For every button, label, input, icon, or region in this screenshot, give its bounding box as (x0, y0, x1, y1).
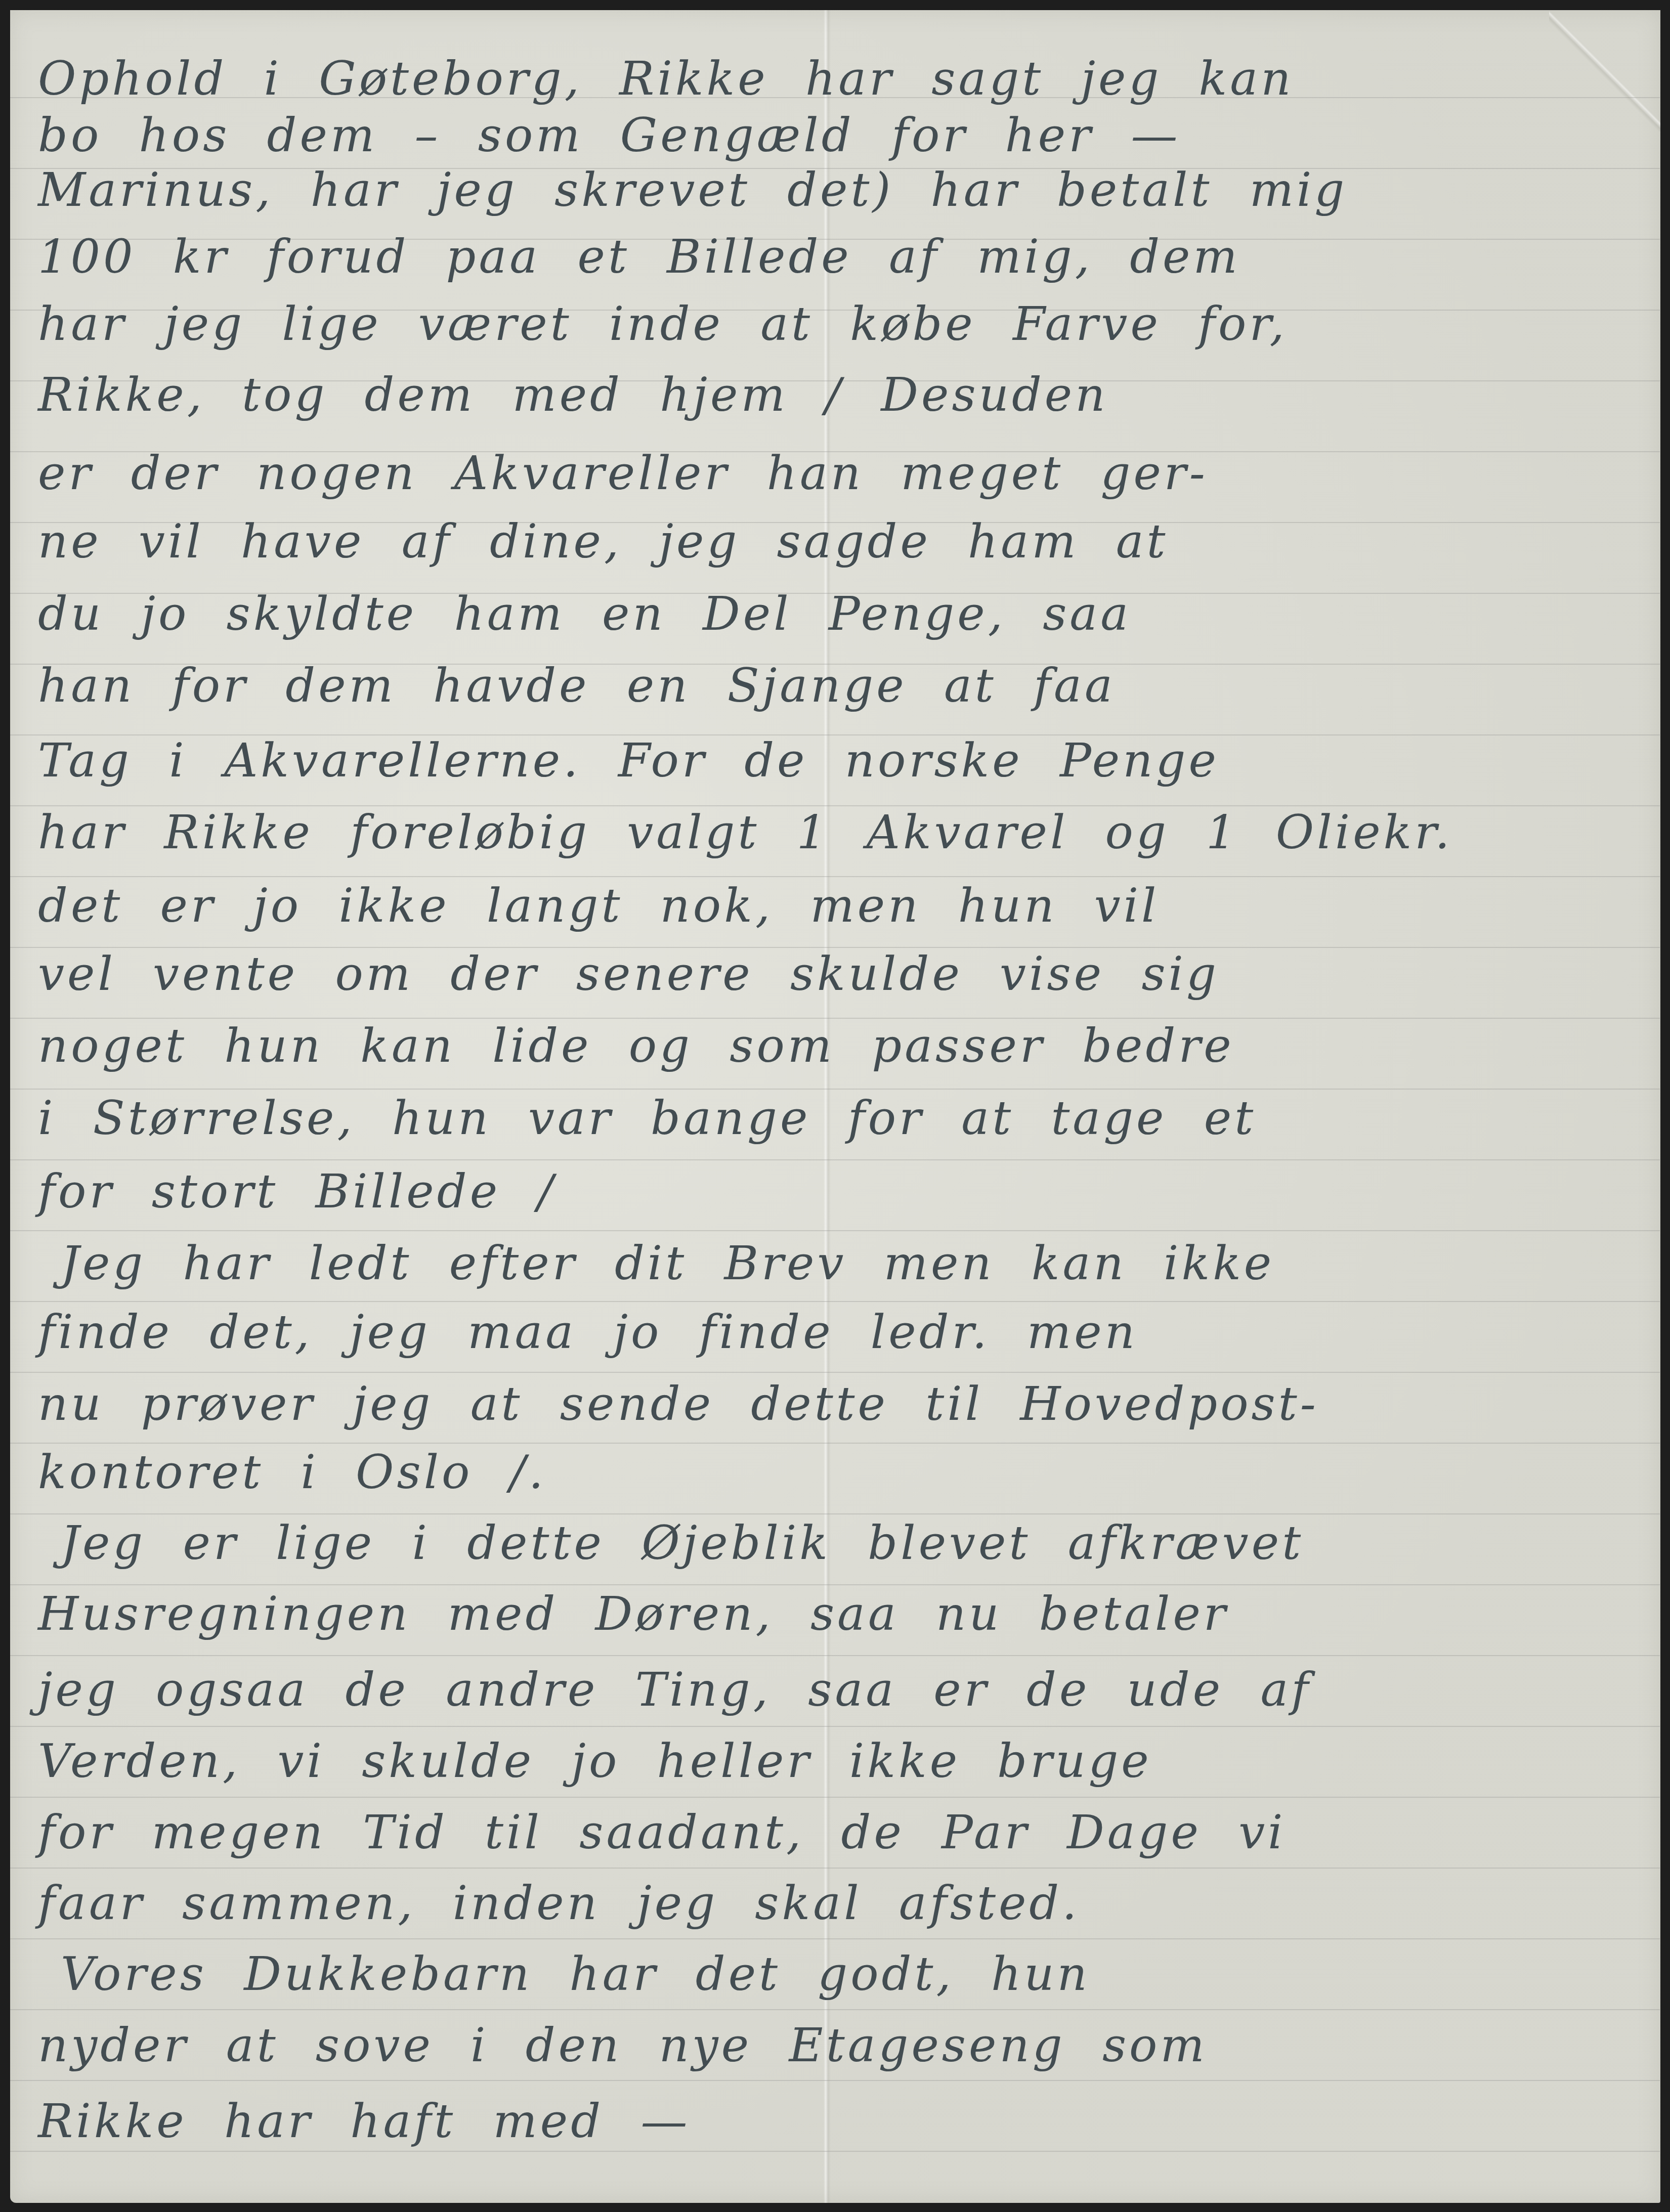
letter-line-28: Vores Dukkebarn har det godt, hun (61, 1951, 1090, 1998)
letter-line-11: Tag i Akvarellerne. For de norske Penge (38, 738, 1219, 784)
letter-line-7: er der nogen Akvareller han meget ger- (38, 450, 1208, 497)
ruled-line (10, 1301, 1660, 1302)
letter-line-27: faar sammen, inden jeg skal afsted. (38, 1880, 1080, 1927)
letter-line-21: kontoret i Oslo /. (38, 1449, 546, 1496)
letter-line-23: Husregningen med Døren, saa nu betaler (38, 1591, 1229, 1637)
letter-line-16: i Størrelse, hun var bange for at tage e… (38, 1095, 1256, 1142)
letter-line-1: Ophold i Gøteborg, Rikke har sagt jeg ka… (38, 56, 1294, 102)
ruled-line (10, 1655, 1660, 1656)
letter-line-25: Verden, vi skulde jo heller ikke bruge (38, 1738, 1152, 1785)
letter-line-12: har Rikke foreløbig valgt 1 Akvarel og 1… (38, 809, 1452, 856)
letter-line-9: du jo skyldte ham en Del Penge, saa (38, 591, 1131, 637)
ruled-line (10, 1230, 1660, 1231)
ruled-line (10, 1938, 1660, 1939)
ruled-line (10, 1584, 1660, 1585)
letter-line-22: Jeg er lige i dette Øjeblik blevet afkræ… (61, 1520, 1304, 1567)
letter-line-24: jeg ogsaa de andre Ting, saa er de ude a… (38, 1667, 1311, 1713)
ruled-line (10, 1443, 1660, 1444)
letter-line-8: ne vil have af dine, jeg sagde ham at (38, 518, 1168, 565)
ruled-line (10, 2080, 1660, 2081)
ruled-line (10, 2009, 1660, 2010)
letter-line-10: han for dem havde en Sjange at faa (38, 663, 1116, 709)
letter-line-4: 100 kr forud paa et Billede af mig, dem (38, 234, 1240, 280)
ruled-line (10, 1372, 1660, 1373)
letter-line-6: Rikke, tog dem med hjem / Desuden (38, 372, 1108, 418)
letter-line-26: for megen Tid til saadant, de Par Dage v… (38, 1809, 1286, 1856)
letter-line-15: noget hun kan lide og som passer bedre (38, 1023, 1234, 1069)
letter-line-13: det er jo ikke langt nok, men hun vil (38, 883, 1160, 929)
ruled-line (10, 2151, 1660, 2152)
letter-line-2: bo hos dem – som Gengæld for her — (38, 112, 1180, 159)
ruled-line (10, 1513, 1660, 1514)
ruled-line (10, 1726, 1660, 1727)
ruled-line (10, 1797, 1660, 1798)
ruled-line (10, 1089, 1660, 1090)
letter-line-18: Jeg har ledt efter dit Brev men kan ikke (61, 1240, 1274, 1287)
ruled-line (10, 876, 1660, 877)
letter-line-30: Rikke har haft med — (38, 2098, 690, 2145)
corner-crease (1549, 10, 1660, 132)
ruled-line (10, 1159, 1660, 1160)
letter-line-29: nyder at sove i den nye Etageseng som (38, 2022, 1208, 2069)
letter-line-3: Marinus, har jeg skrevet det) har betalt… (38, 167, 1347, 213)
letter-line-17: for stort Billede / (38, 1168, 556, 1215)
letter-line-19: finde det, jeg maa jo finde ledr. men (38, 1309, 1138, 1356)
letter-line-5: har jeg lige været inde at købe Farve fo… (38, 301, 1288, 348)
letter-line-20: nu prøver jeg at sende dette til Hovedpo… (38, 1381, 1319, 1427)
letter-line-14: vel vente om der senere skulde vise sig (38, 951, 1219, 997)
ruled-line (10, 1868, 1660, 1869)
